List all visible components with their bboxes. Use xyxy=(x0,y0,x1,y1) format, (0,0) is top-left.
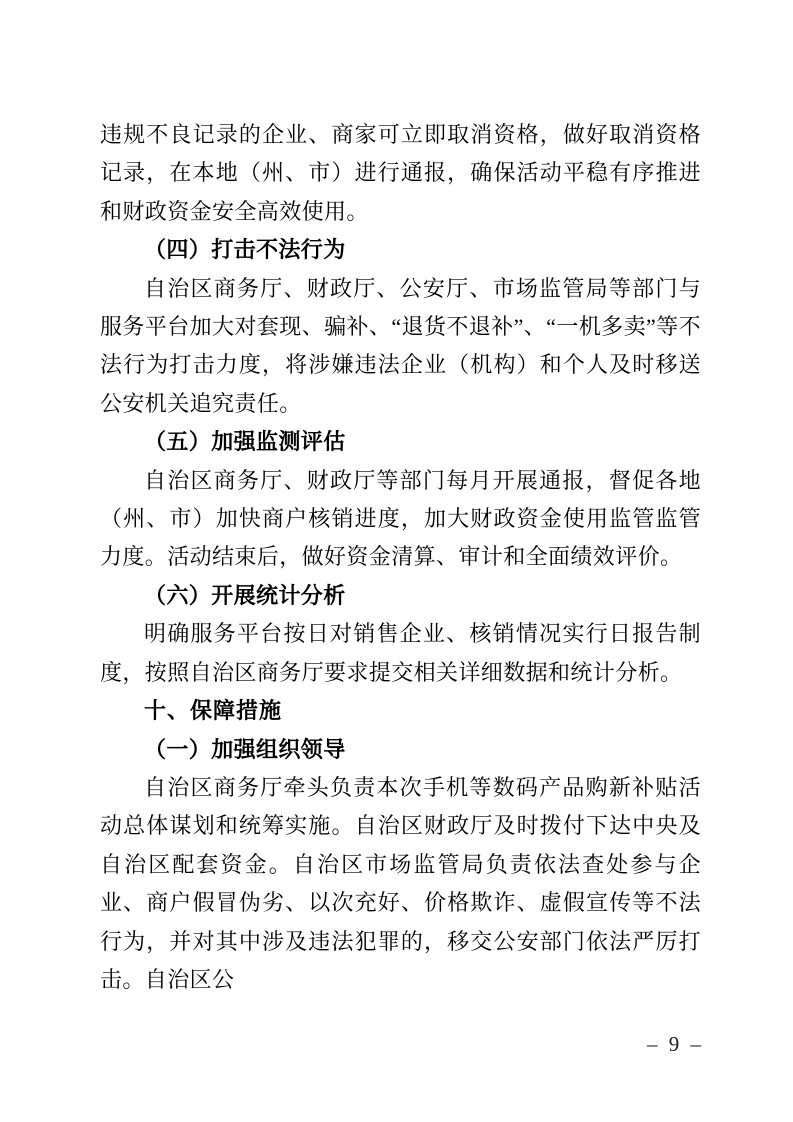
chapter-heading-10: 十、保障措施 xyxy=(100,692,701,730)
paragraph-section-5: 自治区商务厅、财政厅等部门每月开展通报，督促各地（州、市）加快商户核销进度，加大… xyxy=(100,462,701,577)
paragraph-section-4: 自治区商务厅、财政厅、公安厅、市场监管局等部门与服务平台加大对套现、骗补、“退货… xyxy=(100,270,701,424)
page-number: – 9 – xyxy=(647,1031,704,1057)
paragraph-continuation: 违规不良记录的企业、商家可立即取消资格，做好取消资格记录，在本地（州、市）进行通… xyxy=(100,116,701,231)
section-heading-1: （一）加强组织领导 xyxy=(100,731,701,769)
paragraph-section-6: 明确服务平台按日对销售企业、核销情况实行日报告制度，按照自治区商务厅要求提交相关… xyxy=(100,615,701,692)
document-page: 违规不良记录的企业、商家可立即取消资格，做好取消资格记录，在本地（州、市）进行通… xyxy=(0,0,793,1122)
paragraph-section-1: 自治区商务厅牵头负责本次手机等数码产品购新补贴活动总体谋划和统筹实施。自治区财政… xyxy=(100,769,701,999)
document-body: 违规不良记录的企业、商家可立即取消资格，做好取消资格记录，在本地（州、市）进行通… xyxy=(100,116,701,999)
section-heading-6: （六）开展统计分析 xyxy=(100,577,701,615)
section-heading-5: （五）加强监测评估 xyxy=(100,423,701,461)
section-heading-4: （四）打击不法行为 xyxy=(100,231,701,269)
